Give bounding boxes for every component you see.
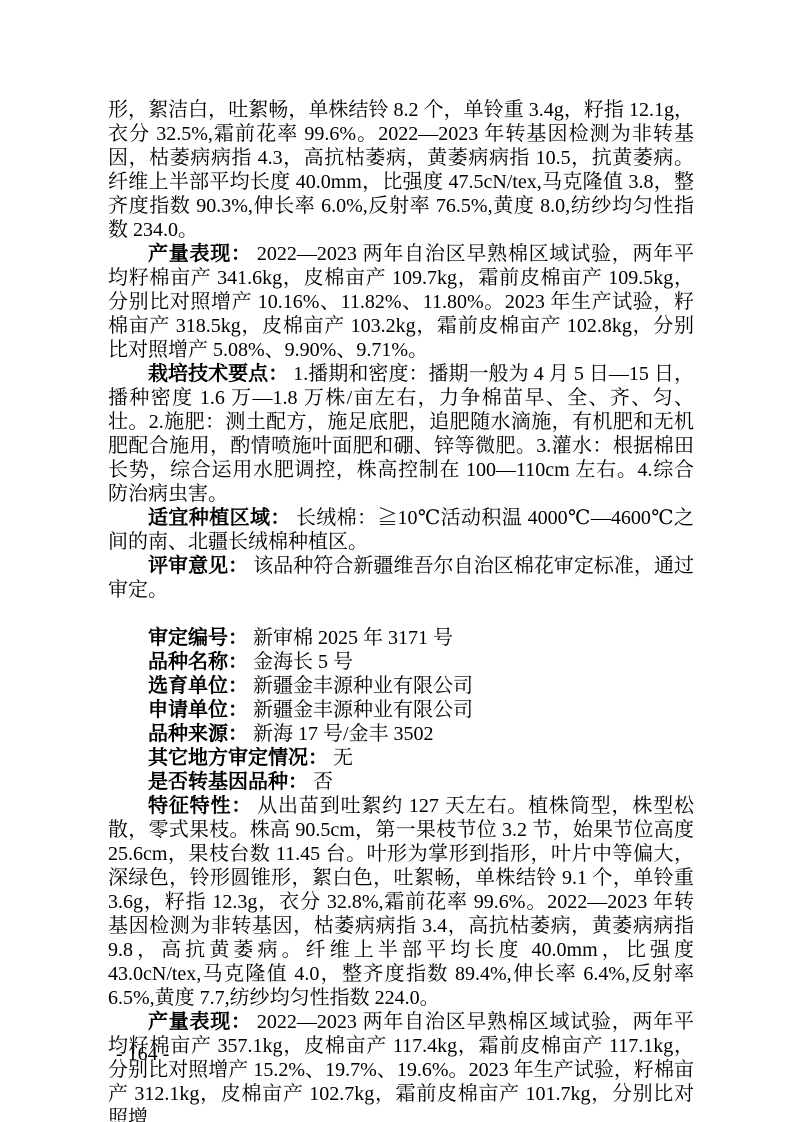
review-opinion-label: 评审意见：: [148, 555, 248, 577]
field-other-approval-status-label: 其它地方审定情况：: [148, 747, 328, 769]
characteristics-label: 特征特性：: [148, 795, 252, 817]
suitable-region-label: 适宜种植区域：: [148, 507, 291, 529]
field-is-transgenic-label: 是否转基因品种：: [148, 771, 308, 793]
field-approval-number: 审定编号：新审棉 2025 年 3171 号: [108, 626, 694, 650]
paragraph-yield-performance-1: 产量表现：2022—2023 两年自治区早熟棉区域试验，两年平均籽棉亩产 341…: [108, 242, 694, 362]
field-approval-number-value: 新审棉 2025 年 3171 号: [253, 627, 453, 649]
field-breeding-unit: 选育单位：新疆金丰源种业有限公司: [108, 674, 694, 698]
field-is-transgenic-value: 否: [313, 771, 333, 793]
field-other-approval-status: 其它地方审定情况：无: [108, 746, 694, 770]
field-breeding-unit-label: 选育单位：: [148, 675, 248, 697]
field-approval-number-label: 审定编号：: [148, 627, 248, 649]
yield-performance-label-1: 产量表现：: [148, 243, 252, 265]
paragraph-cultivation-points: 栽培技术要点：1.播期和密度：播期一般为 4 月 5 日—15 日，播种密度 1…: [108, 362, 694, 506]
field-is-transgenic: 是否转基因品种：否: [108, 770, 694, 794]
field-variety-source-label: 品种来源：: [148, 723, 248, 745]
field-variety-source: 品种来源：新海 17 号/金丰 3502: [108, 722, 694, 746]
field-applicant-unit-value: 新疆金丰源种业有限公司: [253, 699, 473, 721]
characteristics-text: 从出苗到吐絮约 127 天左右。植株筒型，株型松散，零式果枝。株高 90.5cm…: [108, 795, 694, 1009]
field-variety-source-value: 新海 17 号/金丰 3502: [253, 723, 434, 745]
page-number: - 164 -: [116, 1042, 169, 1066]
field-breeding-unit-value: 新疆金丰源种业有限公司: [253, 675, 473, 697]
field-variety-name-label: 品种名称：: [148, 651, 248, 673]
field-applicant-unit: 申请单位：新疆金丰源种业有限公司: [108, 698, 694, 722]
field-applicant-unit-label: 申请单位：: [148, 699, 248, 721]
paragraph-review-opinion: 评审意见：该品种符合新疆维吾尔自治区棉花审定标准，通过审定。: [108, 554, 694, 602]
cultivation-points-label: 栽培技术要点：: [148, 363, 288, 385]
paragraph-traits-continuation: 形，絮洁白，吐絮畅，单株结铃 8.2 个，单铃重 3.4g，籽指 12.1g，衣…: [108, 98, 694, 242]
yield-performance-label-2: 产量表现：: [148, 1011, 252, 1033]
paragraph-characteristics: 特征特性：从出苗到吐絮约 127 天左右。植株筒型，株型松散，零式果枝。株高 9…: [108, 794, 694, 1010]
document-body: 形，絮洁白，吐絮畅，单株结铃 8.2 个，单铃重 3.4g，籽指 12.1g，衣…: [108, 98, 694, 1122]
document-page: 形，絮洁白，吐絮畅，单株结铃 8.2 个，单铃重 3.4g，籽指 12.1g，衣…: [0, 0, 793, 1122]
paragraph-suitable-region: 适宜种植区域：长绒棉：≧10℃活动积温 4000℃—4600℃之间的南、北疆长绒…: [108, 506, 694, 554]
field-variety-name-value: 金海长 5 号: [253, 651, 353, 673]
paragraph-yield-performance-2: 产量表现：2022—2023 两年自治区早熟棉区域试验，两年平均籽棉亩产 357…: [108, 1010, 694, 1122]
field-other-approval-status-value: 无: [333, 747, 353, 769]
field-variety-name: 品种名称：金海长 5 号: [108, 650, 694, 674]
section-gap: [108, 602, 694, 626]
